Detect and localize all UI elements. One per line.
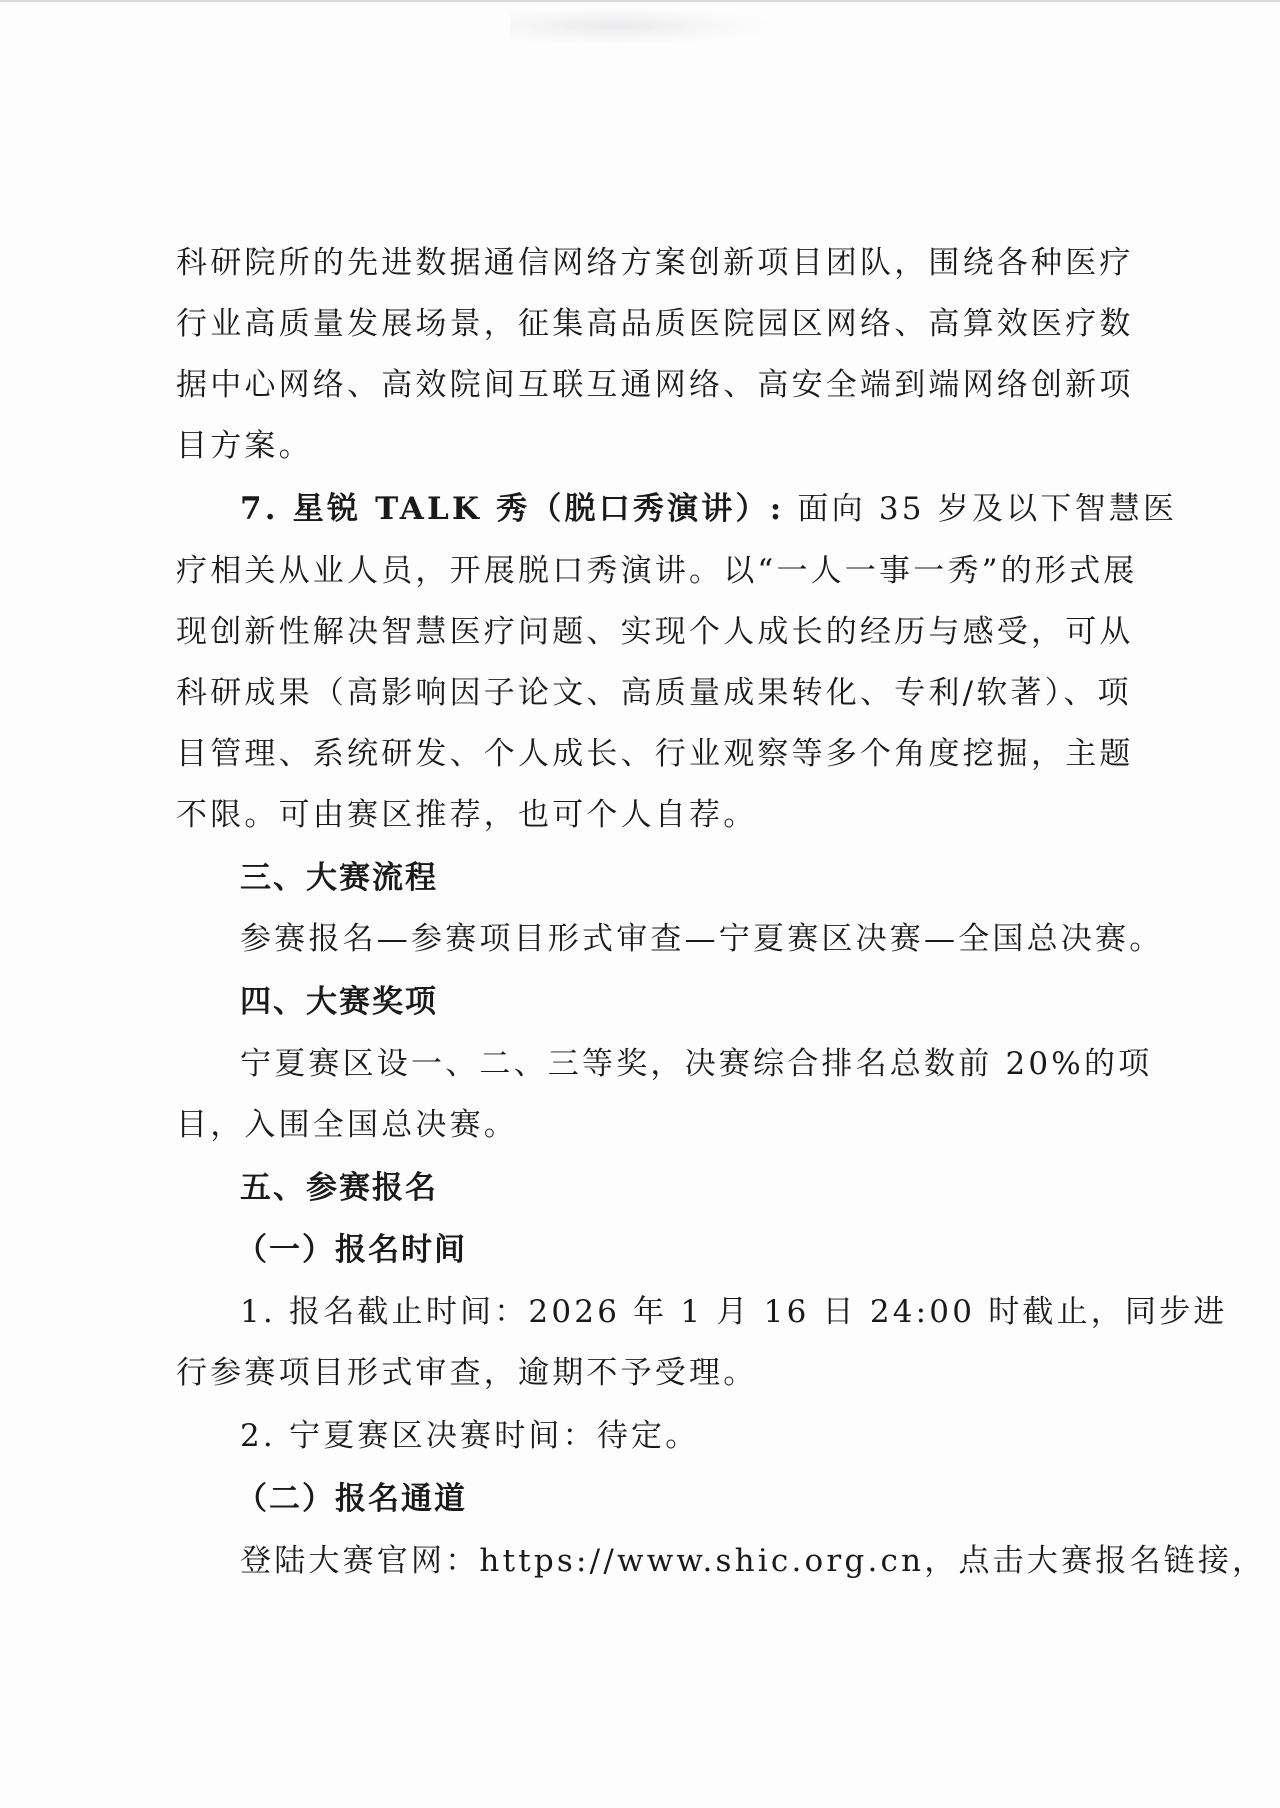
paragraph-line: 目管理、系统研发、个人成长、行业观察等多个角度挖掘，主题	[176, 734, 1126, 774]
deadline-line: 1. 报名截止时间：2026 年 1 月 16 日 24:00 时截止，同步进	[240, 1292, 1190, 1332]
section-heading-registration: 五、参赛报名	[240, 1168, 1190, 1208]
process-line: 参赛报名—参赛项目形式审查—宁夏赛区决赛—全国总决赛。	[240, 919, 1190, 959]
paragraph-line: 行业高质量发展场景，征集高品质医院园区网络、高算效医疗数	[176, 304, 1126, 344]
item-7-line: 7. 星锐 TALK 秀（脱口秀演讲）: 面向 35 岁及以下智慧医	[240, 489, 1190, 529]
section-heading-process: 三、大赛流程	[240, 858, 1190, 898]
subsection-heading-time: （一）报名时间	[236, 1230, 1186, 1270]
paragraph-line: 据中心网络、高效院间互联互通网络、高安全端到端网络创新项	[176, 365, 1126, 405]
final-time-line: 2. 宁夏赛区决赛时间：待定。	[240, 1416, 1190, 1456]
scan-edge	[0, 0, 1280, 2]
paragraph-line: 科研院所的先进数据通信网络方案创新项目团队，围绕各种医疗	[176, 243, 1126, 283]
deadline-line: 行参赛项目形式审查，逾期不予受理。	[176, 1353, 1126, 1393]
registration-channel-line: 登陆大赛官网：https://www.shic.org.cn，点击大赛报名链接，	[240, 1541, 1190, 1581]
awards-line: 目，入围全国总决赛。	[176, 1105, 1126, 1145]
scan-smudge	[510, 8, 770, 44]
subsection-heading-channel: （二）报名通道	[236, 1479, 1186, 1519]
paragraph-line: 不限。可由赛区推荐，也可个人自荐。	[176, 795, 1126, 835]
paragraph-line: 现创新性解决智慧医疗问题、实现个人成长的经历与感受，可从	[176, 612, 1126, 652]
paragraph-line: 科研成果（高影响因子论文、高质量成果转化、专利/软著）、项	[176, 673, 1126, 713]
document-page: 科研院所的先进数据通信网络方案创新项目团队，围绕各种医疗 行业高质量发展场景，征…	[0, 0, 1280, 1808]
item-7-text: 面向 35 岁及以下智慧医	[797, 491, 1177, 527]
awards-line: 宁夏赛区设一、二、三等奖，决赛综合排名总数前 20%的项	[240, 1044, 1190, 1084]
paragraph-line: 目方案。	[176, 426, 1126, 466]
section-heading-awards: 四、大赛奖项	[240, 982, 1190, 1022]
item-7-title: 7. 星锐 TALK 秀（脱口秀演讲）:	[240, 491, 784, 527]
paragraph-line: 疗相关从业人员，开展脱口秀演讲。以“一人一事一秀”的形式展	[176, 551, 1126, 591]
